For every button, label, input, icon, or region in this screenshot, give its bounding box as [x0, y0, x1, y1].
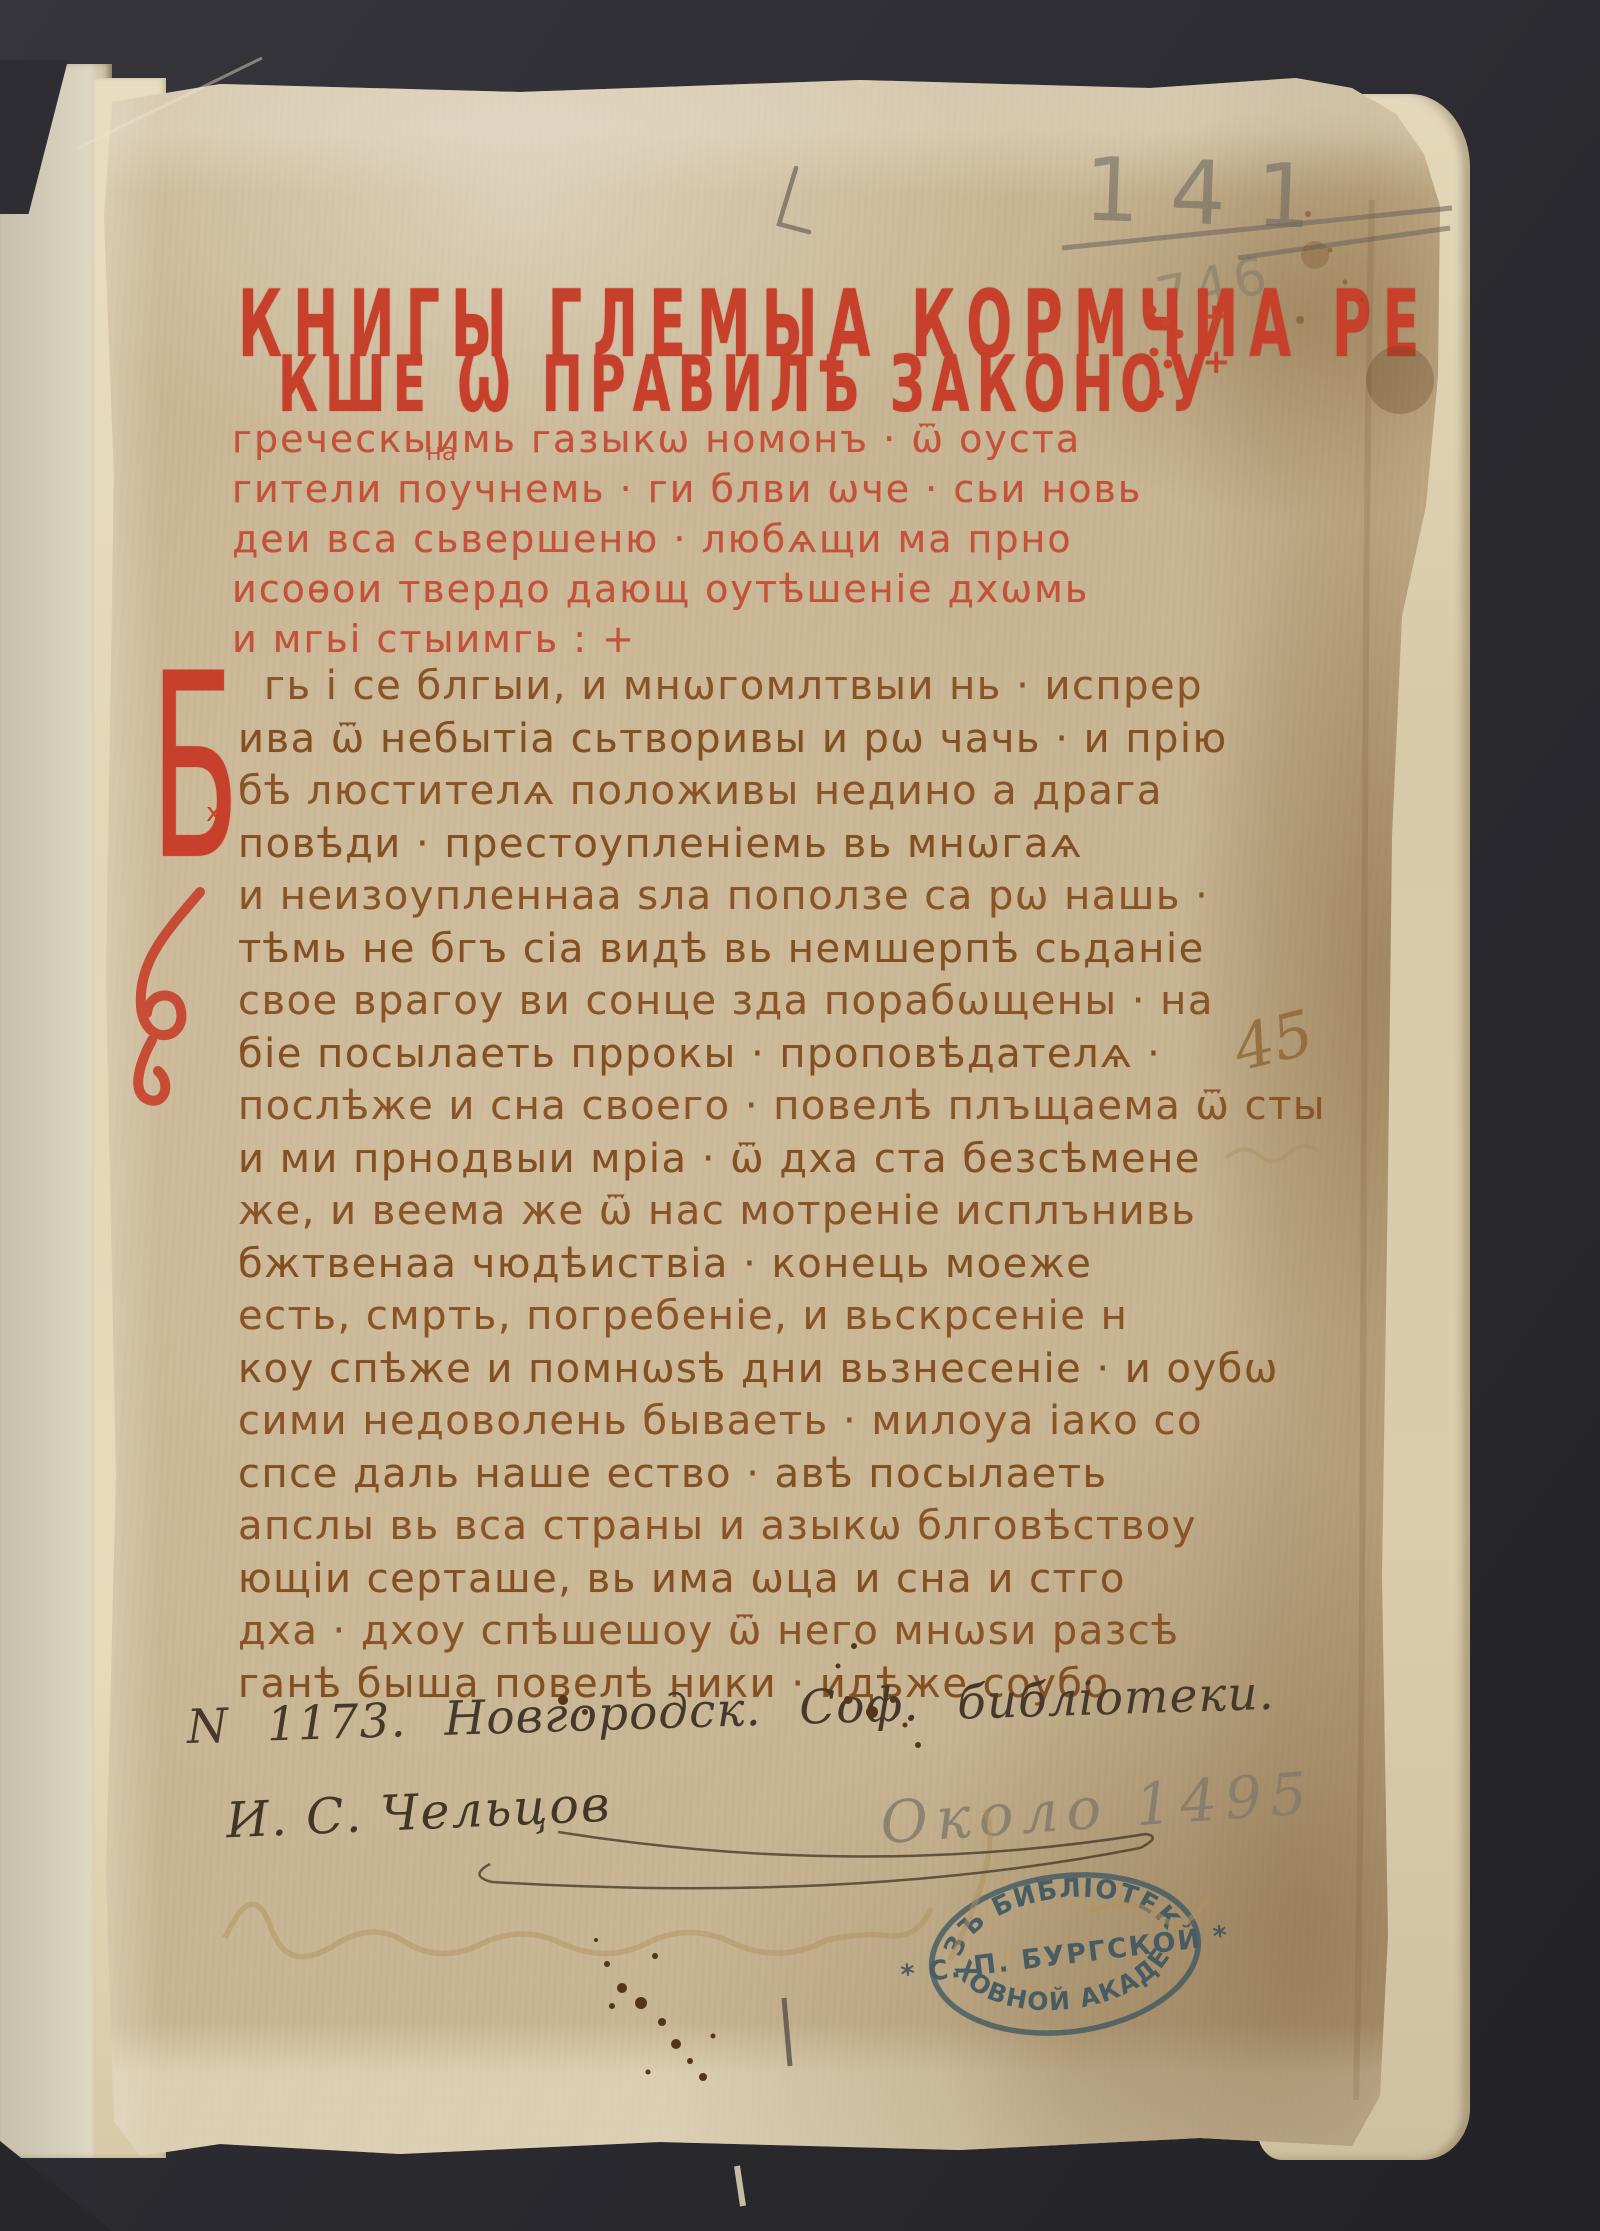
manuscript-line: бжтвенаа чюдѣиствіа · конець моеже — [238, 1238, 1326, 1291]
rubric-line: деи вса сьвершеню · любѧщи ма прно — [232, 514, 1142, 564]
manuscript-photo: 141 746 КНИГЫ ГЛЕМЫА КОРМЧИА РЕ КШЕ Ѡ ПР… — [0, 0, 1600, 2231]
rubric-block: греческыимь газыкѡ номонъ · ѿ оустагител… — [232, 414, 1142, 664]
ornamental-initial-letter: Б — [150, 640, 240, 895]
manuscript-line: есть, смрть, погребеніе, и вьскрсеніе н — [238, 1290, 1326, 1343]
manuscript-line: тѣмь не бгъ сіа видѣ вь немшерпѣ сьданіе — [238, 923, 1326, 976]
manuscript-line: и неизоупленнаа ѕла поползе са рѡ нашь · — [238, 870, 1326, 923]
manuscript-line: ива ѿ небытіа сьтворивы и рѡ чачь · и пр… — [238, 713, 1326, 766]
margin-red-mark: х — [206, 798, 221, 828]
manuscript-line: послѣже и сна своего · повелѣ плъщаема ѿ… — [238, 1080, 1326, 1133]
pencil-crossed-number: 141 — [1082, 138, 1343, 250]
red-cross-ornament-top: + — [1200, 296, 1229, 336]
rubric-line: исоѳои твердо дающ оутѣшеніе дхѡмь — [232, 564, 1142, 614]
rubric-superscript: на — [426, 438, 456, 466]
manuscript-line: біе посылаеть пррокы · проповѣдателѧ · — [238, 1028, 1326, 1081]
library-stamp: ИЗЪ БИБЛІОТЕКИ * С. П. БУРГСКОЙ * ДУХОВН… — [898, 1856, 1232, 2052]
manuscript-line: сими недоволень бываеть · милоуа іако со — [238, 1395, 1326, 1448]
manuscript-line: и ми прнодвыи мріа · ѿ дха ста безсѣмене — [238, 1133, 1326, 1186]
rubric-line: и мгьі стыимгь : + — [232, 614, 1142, 664]
manuscript-line: гь і се блгыи, и мнѡгомлтвыи нь · испрер — [238, 660, 1326, 713]
rubric-line: греческыимь газыкѡ номонъ · ѿ оуста — [232, 414, 1142, 464]
manuscript-line: апслы вь вса страны и азыкѡ блговѣствоу — [238, 1500, 1326, 1553]
manuscript-line: повѣди · престоупленіемь вь мнѡгаѧ — [238, 818, 1326, 871]
thread-mark — [737, 2166, 743, 2206]
manuscript-line: свое врагоу ви сонце зда порабѡщены · на — [238, 975, 1326, 1028]
body-text-block: гь і се блгыи, и мнѡгомлтвыи нь · испрер… — [238, 660, 1326, 1710]
red-cross-ornament-bottom: + — [1202, 342, 1231, 382]
manuscript-line: же, и веема же ѿ нас мотреніе исплънивь — [238, 1185, 1326, 1238]
manuscript-line: ющіи серташе, вь има ѡца и сна и стго — [238, 1553, 1326, 1606]
manuscript-line: дха · дхоу спѣшешоу ѿ него мнѡѕи разсѣ — [238, 1605, 1326, 1658]
rubric-line: гители поучнемь · ги блви ѡче · сьи новь — [232, 464, 1142, 514]
manuscript-line: бѣ люстителѧ положивы недино а драга — [238, 765, 1326, 818]
manuscript-line: коу спѣже и помнѡѕѣ дни вьзнесеніе · и о… — [238, 1343, 1326, 1396]
manuscript-line: спсе даль наше ество · авѣ посылаеть — [238, 1448, 1326, 1501]
